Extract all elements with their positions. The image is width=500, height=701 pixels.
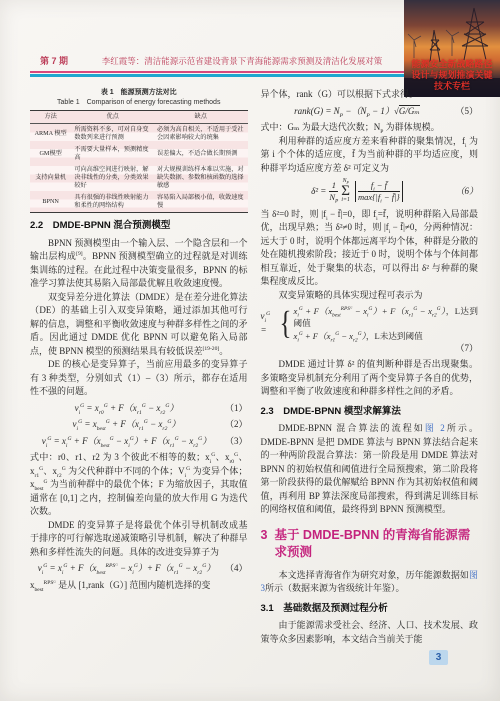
fraction-denominator: max{|fi − f̄|} — [358, 193, 400, 202]
paragraph-text: DMDE-BPNN 混合算法的流程如 — [279, 423, 425, 433]
cons-cell: 必须为高自相关，不适用于受社会因素影响较大的统集 — [154, 124, 248, 144]
paragraph: 当 δ²=0 时，则 |fi − f̄|=0，即 fi=f̄，说明种群陷入局部最… — [261, 208, 479, 289]
col-header-method: 方法 — [30, 111, 71, 124]
eq7-lhs: viG = — [261, 310, 278, 337]
paragraph: DE 的核心是变异算子，当前应用最多的变异算子有 3 种类型，分别如式（1）–（… — [30, 358, 248, 399]
section-heading-2-2: 2.2 DMDE-BPNN 混合预测模型 — [30, 219, 248, 233]
equation-5: rank(G) = NP −（NP − 1）√G/Gₘ （5） — [261, 105, 479, 119]
divider-blue-line — [30, 74, 414, 77]
case-expression: xiG + F（xbestRPSᴳ − xiG）+ F（xr1G − xr2G） — [294, 306, 446, 316]
methods-table-body: ARMA 模型所需资料不多，可对自身变数数列来进行预测必须为高自相关，不适用于受… — [30, 124, 248, 213]
equation-body: δ² = 1 NP NP Σ i=1 fi − f̄ — [261, 179, 456, 204]
equation-6: δ² = 1 NP NP Σ i=1 fi − f̄ — [261, 179, 479, 204]
equation-number: （2） — [225, 418, 248, 432]
eq6-fraction: 1 NP — [329, 181, 338, 202]
cons-cell: 误差偏大，不适合做长期预测 — [154, 144, 248, 164]
case-brace: { — [280, 307, 292, 340]
running-title: 李红霞等：清洁能源示范省建设背景下青海能源需求预测及清洁化发展对策 — [86, 55, 398, 67]
pros-cell: 具有很强的非线性映射能力和柔性的网络结构 — [71, 192, 154, 212]
equation-7: viG = { xiG + F（xbestRPSᴳ − xiG）+ F（xr1G… — [261, 305, 479, 355]
equation-number: （1） — [225, 402, 248, 416]
equation-3: viG = xiG + F（xbestG − xiG）+ F（xr1G − xr… — [30, 435, 248, 449]
equation-number: （7） — [261, 342, 479, 355]
table-row: BPNN具有很强的非线性映射能力和柔性的网络结构容易陷入局部极小值，收敛速度慢 — [30, 192, 248, 212]
paragraph: 式中：r0、r1、r2 为 3 个彼此不相等的数；xiG、xr0G、xr1G、x… — [30, 451, 248, 519]
fraction-numerator: fi − f̄ — [371, 181, 387, 190]
equation-body: rank(G) = NP −（NP − 1）√G/Gₘ — [261, 105, 454, 119]
header-divider — [30, 71, 414, 77]
paragraph: DMDE-BPNN 混合算法的流程如图 2所示。DMDE-BPNN 是把 DMD… — [261, 422, 479, 517]
equation-number: （4） — [225, 562, 248, 576]
equation-1: viG = xr0G + F（xr1G − xr2G） （1） — [30, 402, 248, 416]
issue-label: 第 7 期 — [40, 54, 68, 67]
equation-number: （5） — [455, 105, 478, 119]
table-title-en: Table 1 Comparison of energy forecasting… — [30, 98, 248, 108]
inner-fraction: fi − f̄ max{|fi − f̄|} — [358, 181, 400, 202]
paragraph: DMDE 通过计算 δ² 的值判断种群是否出现聚集。多策略变异机制充分利用了两个… — [261, 358, 479, 399]
paragraph-text: 所示。DMDE-BPNN 是把 DMDE 算法与 BPNN 算法结合起来的一种两… — [261, 423, 479, 514]
table-header-row: 方法 优点 缺点 — [30, 111, 248, 124]
table-row: ARMA 模型所需资料不多，可对自身变数数列来进行预测必须为高自相关，不适用于受… — [30, 124, 248, 144]
pros-cell: 可向高维空间进行映射，解决非线性的分类，分类效果较好 — [71, 164, 154, 192]
paragraph: BPNN 预测模型由一个输入层、一个隐含层和一个输出层构成[9]。BPNN 预测… — [30, 237, 248, 291]
journal-page: 第 7 期 李红霞等：清洁能源示范省建设背景下青海能源需求预测及清洁化发展对策 … — [0, 0, 500, 701]
case-line: xiG + F（xbestRPSᴳ − xiG）+ F（xr1G − xr2G）… — [294, 305, 478, 329]
abs-bar — [355, 181, 356, 202]
table-header: 方法 优点 缺点 — [30, 111, 248, 124]
paragraph: xbestRPSᴳ 是从 [1,rank（G）] 范围内随机选择的变 — [30, 579, 248, 593]
methods-comparison-table: 方法 优点 缺点 ARMA 模型所需资料不多，可对自身变数数列来进行预测必须为高… — [30, 110, 248, 213]
paragraph: 由于能源需求受社会、经济、人口、技术发展、政策等众多因素影响，本文结合当前关于能 — [261, 619, 479, 646]
method-cell: BPNN — [30, 192, 71, 212]
equation-body: viG = xiG + F（xbestRPSᴳ − xiG）+ F（xr1G −… — [30, 562, 223, 576]
table-title-cn: 表 1 能源预测方法对比 — [30, 88, 248, 98]
fraction-numerator: 1 — [332, 181, 336, 190]
banner-photo: 能源安全新战略路径 设计与规划推演关键 技术专栏 — [404, 0, 500, 97]
cons-cell: 对大规模训练样本难以实施，对缺失数据、参数和核函数的选择敏感 — [154, 164, 248, 192]
case-lines: xiG + F（xbestRPSᴳ − xiG）+ F（xr1G − xr2G）… — [294, 305, 478, 342]
table-row: GM模型不需要大量样本，预测精度高误差偏大，不适合做长期预测 — [30, 144, 248, 164]
col-header-cons: 缺点 — [154, 111, 248, 124]
method-cell: 支持向量机 — [30, 164, 71, 192]
paragraph: 双变异差分进化算法（DMDE）是在差分进化算法（DE）的基础上引入双变异策略，通… — [30, 291, 248, 359]
case-expression: xiG + F（xr1G − xr2G） — [294, 331, 366, 341]
right-column: 异个体，rank（G）可以根据下式求得。 rank(G) = NP −（NP −… — [261, 88, 479, 646]
case-condition: ，L未达到阈值 — [366, 331, 423, 341]
paragraph: 双变异策略的具体实现过程可表示为 — [261, 289, 479, 303]
equation-number: （3） — [225, 435, 248, 449]
method-cell: ARMA 模型 — [30, 124, 71, 144]
equation-body: viG = xr0G + F（xr1G − xr2G） — [30, 402, 223, 416]
figure-2-link[interactable]: 图 2 — [425, 423, 445, 433]
equation-body: viG = xbestG + F（xr1G − xr2G） — [30, 418, 223, 432]
absolute-value: fi − f̄ max{|fi − f̄|} — [353, 181, 405, 202]
paragraph: 异个体，rank（G）可以根据下式求得。 — [261, 88, 479, 102]
paragraph: 利用种群的适应度方差来看种群的聚集情况，fi 为第 i 个个体的适应度，f̄ 为… — [261, 135, 479, 176]
paragraph-text: 所示（数据来源为省级统计年鉴）。 — [265, 583, 405, 593]
page-number-badge: 3 — [429, 650, 448, 665]
section-heading-2-3: 2.3 DMDE-BPNN 模型求解算法 — [261, 405, 479, 419]
method-cell: GM模型 — [30, 144, 71, 164]
fraction-denominator: NP — [329, 193, 338, 202]
equation-4: viG = xiG + F（xbestRPSᴳ − xiG）+ F（xr1G −… — [30, 562, 248, 576]
paragraph: 式中：Gₘ 为最大迭代次数；NP 为群体规模。 — [261, 121, 479, 135]
eq6-lhs: δ² = — [311, 185, 326, 199]
banner-caption-line: 设计与规划推演关键 — [404, 70, 500, 81]
sigma-symbol: Σ — [341, 185, 350, 198]
equation-body: viG = xiG + F（xbestG − xiG）+ F（xr1G − xr… — [30, 435, 223, 449]
pros-cell: 不需要大量样本，预测精度高 — [71, 144, 154, 164]
abs-bar — [402, 181, 403, 202]
col-header-pros: 优点 — [71, 111, 154, 124]
equation-body: viG = { xiG + F（xbestRPSᴳ − xiG）+ F（xr1G… — [261, 305, 479, 342]
left-column: 表 1 能源预测方法对比 Table 1 Comparison of energ… — [30, 88, 248, 646]
paragraph: DMDE 的变异算子是将最优个体引导机制改成基于排序的可行解选取递减策略引导机制… — [30, 519, 248, 560]
paragraph: 本文选择青海省作为研究对象，历年能源数据如图 3所示（数据来源为省级统计年鉴）。 — [261, 569, 479, 596]
summation: NP Σ i=1 — [341, 179, 350, 204]
section-title: 基于 DMDE-BPNN 的青海省能源需求预测 — [274, 527, 478, 561]
section-number: 3 — [261, 527, 268, 561]
divider-pink-line — [30, 71, 414, 73]
cons-cell: 容易陷入局部极小值，收敛速度慢 — [154, 192, 248, 212]
equation-2: viG = xbestG + F（xr1G − xr2G） （2） — [30, 418, 248, 432]
section-heading-3: 3 基于 DMDE-BPNN 的青海省能源需求预测 — [261, 527, 479, 561]
section-heading-3-1: 3.1 基础数据及预测过程分析 — [261, 602, 479, 616]
sum-lower-limit: i=1 — [341, 198, 349, 204]
paragraph-text: 本文选择青海省作为研究对象，历年能源数据如 — [279, 570, 469, 580]
case-line: xiG + F（xr1G − xr2G），L未达到阈值 — [294, 330, 478, 342]
equation-number: （6） — [455, 185, 478, 199]
pros-cell: 所需资料不多，可对自身变数数列来进行预测 — [71, 124, 154, 144]
table-row: 支持向量机可向高维空间进行映射，解决非线性的分类，分类效果较好对大规模训练样本难… — [30, 164, 248, 192]
banner-caption-line: 能源安全新战略路径 — [404, 59, 500, 70]
article-body: 表 1 能源预测方法对比 Table 1 Comparison of energ… — [30, 88, 478, 646]
